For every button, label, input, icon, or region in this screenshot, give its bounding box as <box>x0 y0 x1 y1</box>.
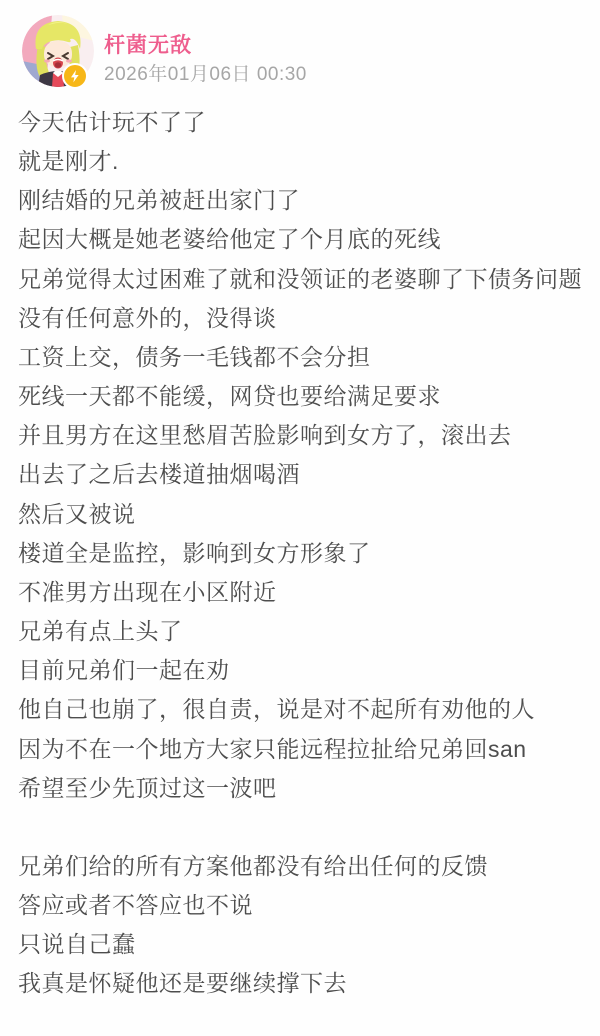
post-text-line: 希望至少先顶过这一波吧 <box>18 769 600 808</box>
post-text-line: 然后又被说 <box>18 495 600 534</box>
post-text-line: 楼道全是监控，影响到女方形象了 <box>18 534 600 573</box>
post-body: 今天估计玩不了了就是刚才.刚结婚的兄弟被赶出家门了起因大概是她老婆给他定了个月底… <box>18 103 600 1004</box>
post-text-line: 没有任何意外的，没得谈 <box>18 299 600 338</box>
post-text-line: 并且男方在这里愁眉苦脸影响到女方了，滚出去 <box>18 416 600 455</box>
post-text-line: 不准男方出现在小区附近 <box>18 573 600 612</box>
post-text-line: 兄弟觉得太过困难了就和没领证的老婆聊了下债务问题 <box>18 260 600 299</box>
post-text-line: 刚结婚的兄弟被赶出家门了 <box>18 181 600 220</box>
lightning-badge-icon <box>62 63 88 89</box>
post-text-line: 目前兄弟们一起在劝 <box>18 651 600 690</box>
author-name[interactable]: 杆菌无敌 <box>104 29 192 59</box>
post-timestamp: 2026年01月06日 00:30 <box>104 59 307 86</box>
post-card: 杆菌无敌 2026年01月06日 00:30 今天估计玩不了了就是刚才.刚结婚的… <box>0 0 600 1036</box>
post-text-line: 出去了之后去楼道抽烟喝酒 <box>18 455 600 494</box>
post-text-line: 今天估计玩不了了 <box>18 103 600 142</box>
post-text-line: 只说自己蠢 <box>18 925 600 964</box>
post-text-line <box>18 808 600 847</box>
post-text-line: 答应或者不答应也不说 <box>18 886 600 925</box>
post-text-line: 工资上交，债务一毛钱都不会分担 <box>18 338 600 377</box>
post-text-line: 他自己也崩了，很自责，说是对不起所有劝他的人 <box>18 690 600 729</box>
post-text-line: 死线一天都不能缓，网贷也要给满足要求 <box>18 377 600 416</box>
post-text-line: 就是刚才. <box>18 142 600 181</box>
post-text-line: 因为不在一个地方大家只能远程拉扯给兄弟回san <box>18 730 600 769</box>
post-text-line: 兄弟有点上头了 <box>18 612 600 651</box>
post-text-line: 起因大概是她老婆给他定了个月底的死线 <box>18 220 600 259</box>
post-text-line: 兄弟们给的所有方案他都没有给出任何的反馈 <box>18 847 600 886</box>
post-text-line: 我真是怀疑他还是要继续撑下去 <box>18 964 600 1003</box>
